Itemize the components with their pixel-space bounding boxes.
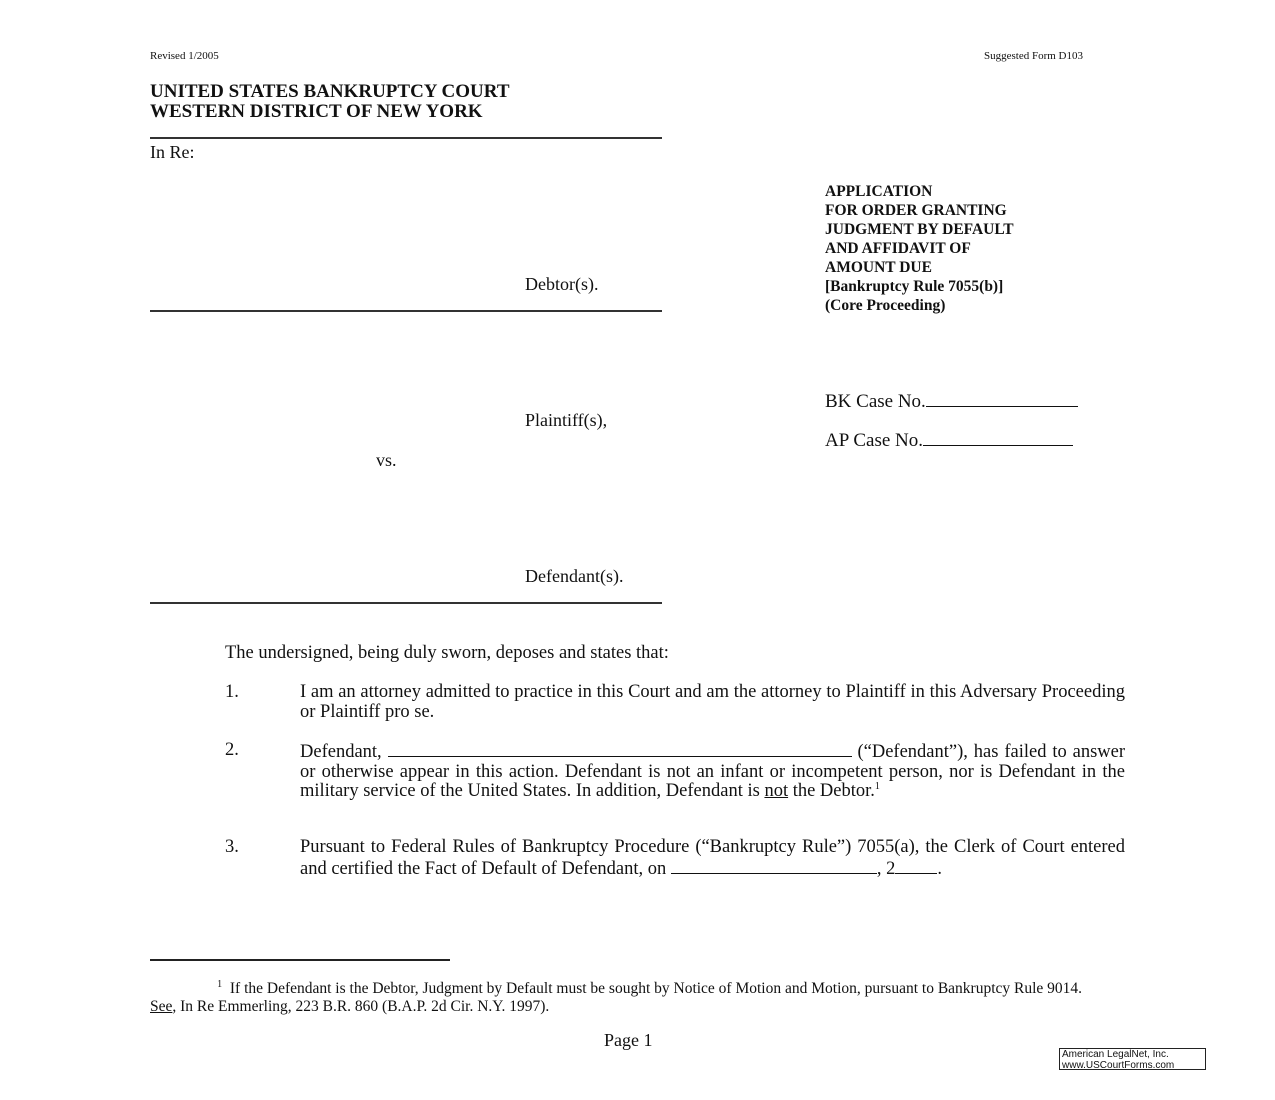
in-re-label: In Re:	[150, 142, 195, 163]
intro-statement: The undersigned, being duly sworn, depos…	[225, 644, 669, 664]
default-date-field[interactable]	[671, 858, 877, 874]
ap-case-label: AP Case No.	[825, 430, 923, 451]
text-segment: the Debtor.	[793, 781, 875, 801]
footnote-marker: 1	[217, 979, 222, 990]
ap-case-number: AP Case No.	[825, 430, 1073, 452]
footnote: 1 If the Defendant is the Debtor, Judgme…	[150, 980, 1095, 1015]
court-name-line1: UNITED STATES BANKRUPTCY COURT	[150, 82, 510, 102]
revised-date: Revised 1/2005	[150, 50, 219, 62]
title-line: JUDGMENT BY DEFAULT	[825, 220, 1014, 239]
footnote-text: If the Defendant is the Debtor, Judgment…	[230, 980, 1082, 997]
paragraph-text: I am an attorney admitted to practice in…	[300, 683, 1125, 722]
debtor-label: Debtor(s).	[525, 274, 598, 295]
text-segment: Defendant,	[300, 742, 382, 762]
footnote-rule	[150, 959, 450, 961]
paragraph-number: 3.	[225, 838, 285, 858]
year-field[interactable]	[895, 858, 937, 874]
paragraph-text: Pursuant to Federal Rules of Bankruptcy …	[300, 838, 1125, 879]
vs-label: vs.	[376, 450, 397, 471]
title-line: AND AFFIDAVIT OF	[825, 239, 1014, 258]
paragraph-2: 2. Defendant, (“Defendant”), has failed …	[225, 741, 1125, 821]
publisher-name: American LegalNet, Inc.	[1062, 1050, 1205, 1061]
defendant-rule	[150, 602, 662, 604]
defendant-label: Defendant(s).	[525, 566, 623, 587]
court-name-line2: WESTERN DISTRICT OF NEW YORK	[150, 102, 510, 122]
form-id: Suggested Form D103	[984, 50, 1083, 62]
emphasis-not: not	[764, 781, 788, 801]
defendant-name-field[interactable]	[388, 741, 852, 757]
bk-case-number: BK Case No.	[825, 391, 1078, 413]
court-name: UNITED STATES BANKRUPTCY COURT WESTERN D…	[150, 82, 510, 122]
title-line: APPLICATION	[825, 182, 1014, 201]
debtor-rule	[150, 310, 662, 312]
paragraph-text: Defendant, (“Defendant”), has failed to …	[300, 741, 1125, 802]
title-line: [Bankruptcy Rule 7055(b)]	[825, 277, 1014, 296]
publisher-badge: American LegalNet, Inc. www.USCourtForms…	[1059, 1048, 1206, 1070]
publisher-url[interactable]: www.USCourtForms.com	[1062, 1061, 1205, 1072]
footnote-see: See	[150, 998, 172, 1015]
title-line: FOR ORDER GRANTING	[825, 201, 1014, 220]
paragraph-number: 2.	[225, 741, 285, 761]
title-line: (Core Proceeding)	[825, 296, 1014, 315]
paragraph-1: 1. I am an attorney admitted to practice…	[225, 683, 1125, 728]
bk-case-label: BK Case No.	[825, 391, 926, 412]
footnote-ref[interactable]: 1	[875, 781, 880, 792]
bk-case-field[interactable]	[926, 391, 1078, 407]
caption-top-rule	[150, 137, 662, 139]
title-line: AMOUNT DUE	[825, 258, 1014, 277]
paragraph-number: 1.	[225, 683, 285, 703]
ap-case-field[interactable]	[923, 430, 1073, 446]
footnote-citation: , In Re Emmerling, 223 B.R. 860 (B.A.P. …	[172, 998, 549, 1015]
paragraph-3: 3. Pursuant to Federal Rules of Bankrupt…	[225, 838, 1125, 898]
document-title: APPLICATION FOR ORDER GRANTING JUDGMENT …	[825, 182, 1014, 315]
year-prefix: 2	[886, 859, 895, 879]
plaintiff-label: Plaintiff(s),	[525, 410, 607, 431]
page-number: Page 1	[604, 1030, 653, 1051]
